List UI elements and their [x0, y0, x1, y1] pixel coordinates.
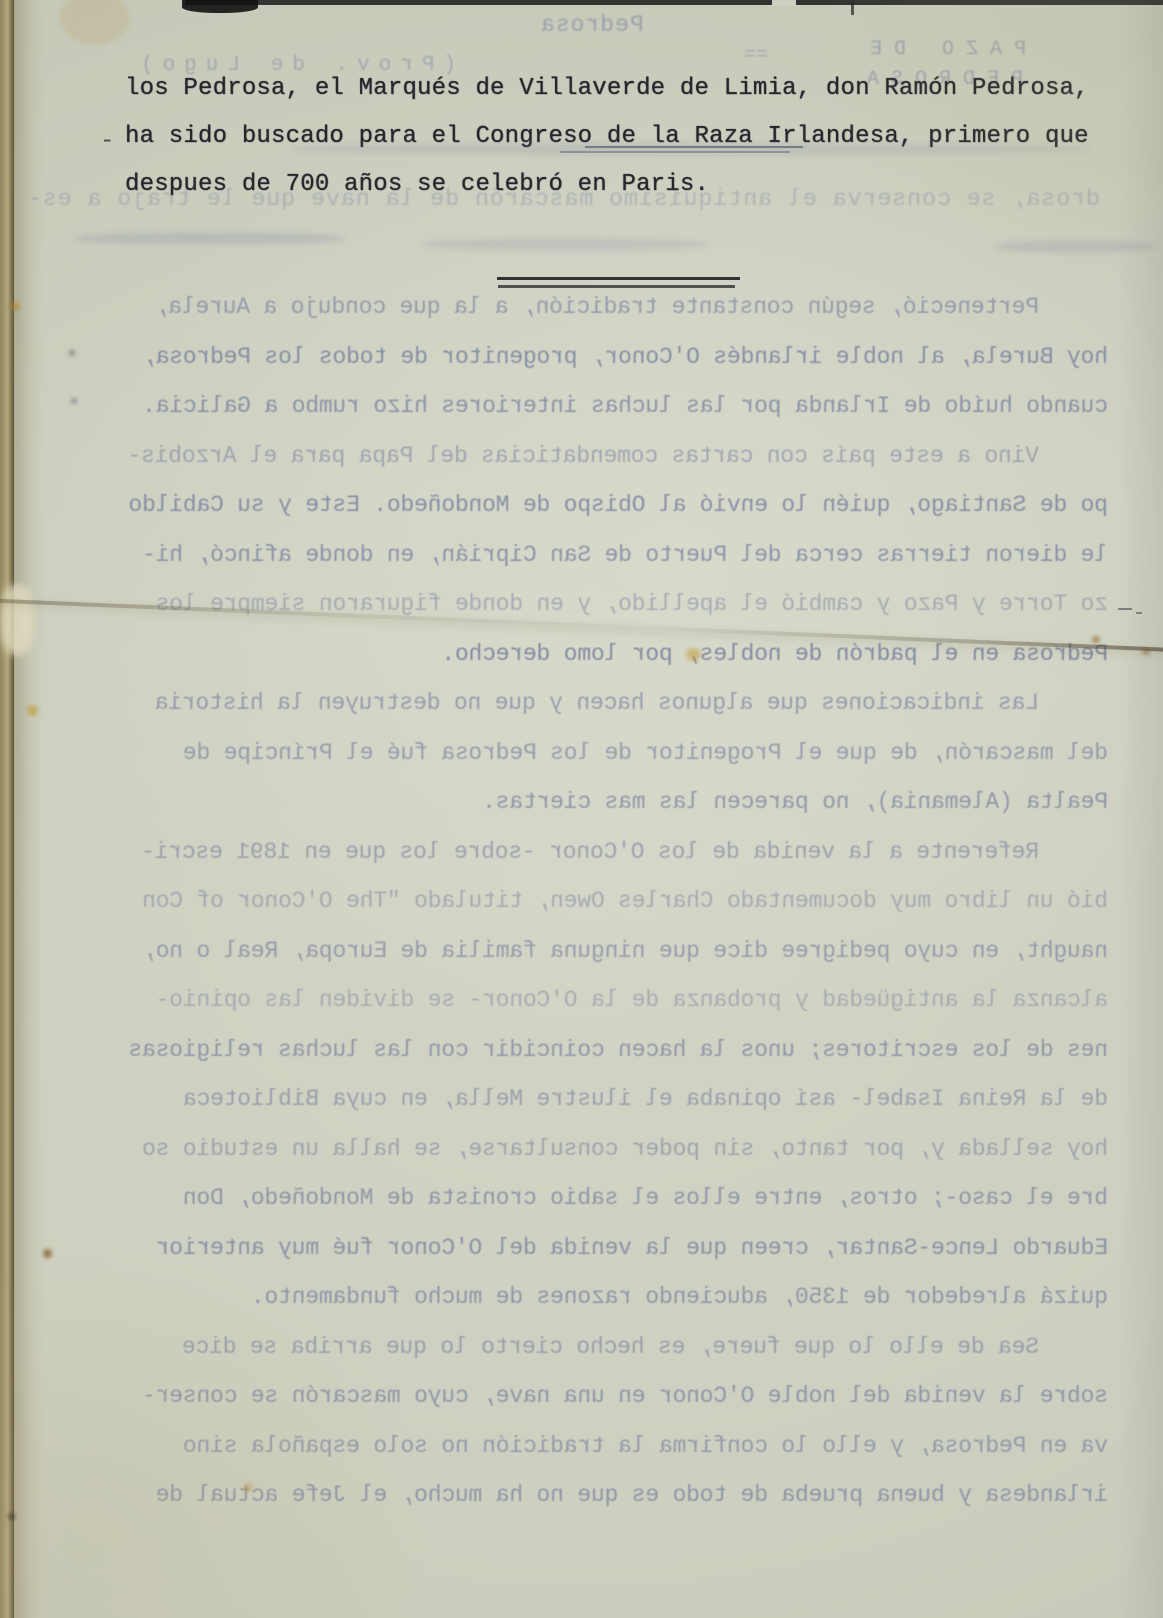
- stain: [686, 648, 701, 661]
- stain: [243, 1483, 253, 1492]
- bleed-line: quizá alrededor de 1350, aduciendo razon…: [108, 1285, 1108, 1310]
- bleed-line: irlandesa y buena prueba de todo es que …: [108, 1483, 1108, 1508]
- bleed-line: de la Reina Isabel- así opinaba el ilust…: [108, 1087, 1108, 1112]
- bleed-line: cuando huído de Irlanda por las luchas i…: [108, 394, 1108, 419]
- stain: [43, 1249, 52, 1258]
- stain: [1092, 636, 1100, 643]
- margin-mark: [1136, 612, 1142, 614]
- bleed-line: sobre la venida del noble O'Conor en una…: [108, 1384, 1108, 1409]
- bleed-line: bió un libro muy documentado Charles Owe…: [108, 889, 1108, 914]
- margin-mark: [1118, 608, 1132, 610]
- typed-divider-bottom: [498, 285, 735, 288]
- bleed-line: Sea de ello lo que fuere, es hecho ciert…: [108, 1335, 1108, 1360]
- bleed-line: Pedrosa en el padrón de nobles, por lomo…: [108, 642, 1108, 667]
- bleed-line: naught, en cuyo pedigree dice que ningun…: [108, 939, 1108, 964]
- paper-tear-notch: [0, 585, 34, 655]
- ink-smear: [290, 143, 1090, 155]
- bleed-line: Eduardo Lence-Santar, creen que la venid…: [108, 1236, 1108, 1261]
- bleed-line: hoy sellada y, por tanto, sin poder cons…: [108, 1137, 1108, 1162]
- typed-line-1: los Pedrosa, el Marqués de Villaverde de…: [125, 76, 1089, 102]
- page-edge-shadow: [14, 0, 44, 1618]
- bleed-line: bre el caso-; otros, entre ellos el sabi…: [108, 1186, 1108, 1211]
- stain: [71, 398, 77, 404]
- bleed-line: Vino a este país con cartas comendaticia…: [108, 444, 1108, 469]
- margin-dash: -: [100, 128, 114, 155]
- stain: [11, 302, 20, 311]
- stain: [69, 350, 75, 356]
- typed-divider-top: [497, 277, 740, 280]
- bleed-line: alcanza la antigüedad y probanza de la O…: [108, 988, 1108, 1013]
- ink-smear: [75, 232, 345, 245]
- bleed-line: le dieron tierras cerca del Puerto de Sa…: [108, 543, 1108, 568]
- bleed-line: Pealta (Alemania), no parecen las mas ci…: [108, 790, 1108, 815]
- bleed-line: Perteneció, según constante tradición, a…: [108, 295, 1108, 320]
- stain: [27, 705, 38, 716]
- stain: [8, 1513, 15, 1520]
- bleed-line: hoy Burela, al noble irlandés O'Conor, p…: [108, 345, 1108, 370]
- bleed-line: del mascarón, de que el Progenitor de lo…: [108, 741, 1108, 766]
- bleed-line: po de Santiago, quién lo envió al Obispo…: [108, 493, 1108, 518]
- ink-smear: [420, 238, 710, 251]
- bleed-line: nes de los escritores; unos la hacen coi…: [108, 1038, 1108, 1063]
- typed-line-3: despues de 700 años se celebró en Paris.: [125, 172, 709, 198]
- bleed-line: va en Pedrosa, y ello lo confirma la tra…: [108, 1434, 1108, 1459]
- bleed-line: Referente a la venida de los O'Conor -so…: [108, 840, 1108, 865]
- ink-smear: [995, 240, 1155, 253]
- document-page: Pedrosa == PAZO DE PEDROSA (Prov. de Lug…: [0, 0, 1163, 1618]
- book-spine-edge: [0, 0, 14, 1618]
- stain: [1142, 648, 1150, 655]
- bleed-line: Las indicaciones que algunos hacen y que…: [108, 691, 1108, 716]
